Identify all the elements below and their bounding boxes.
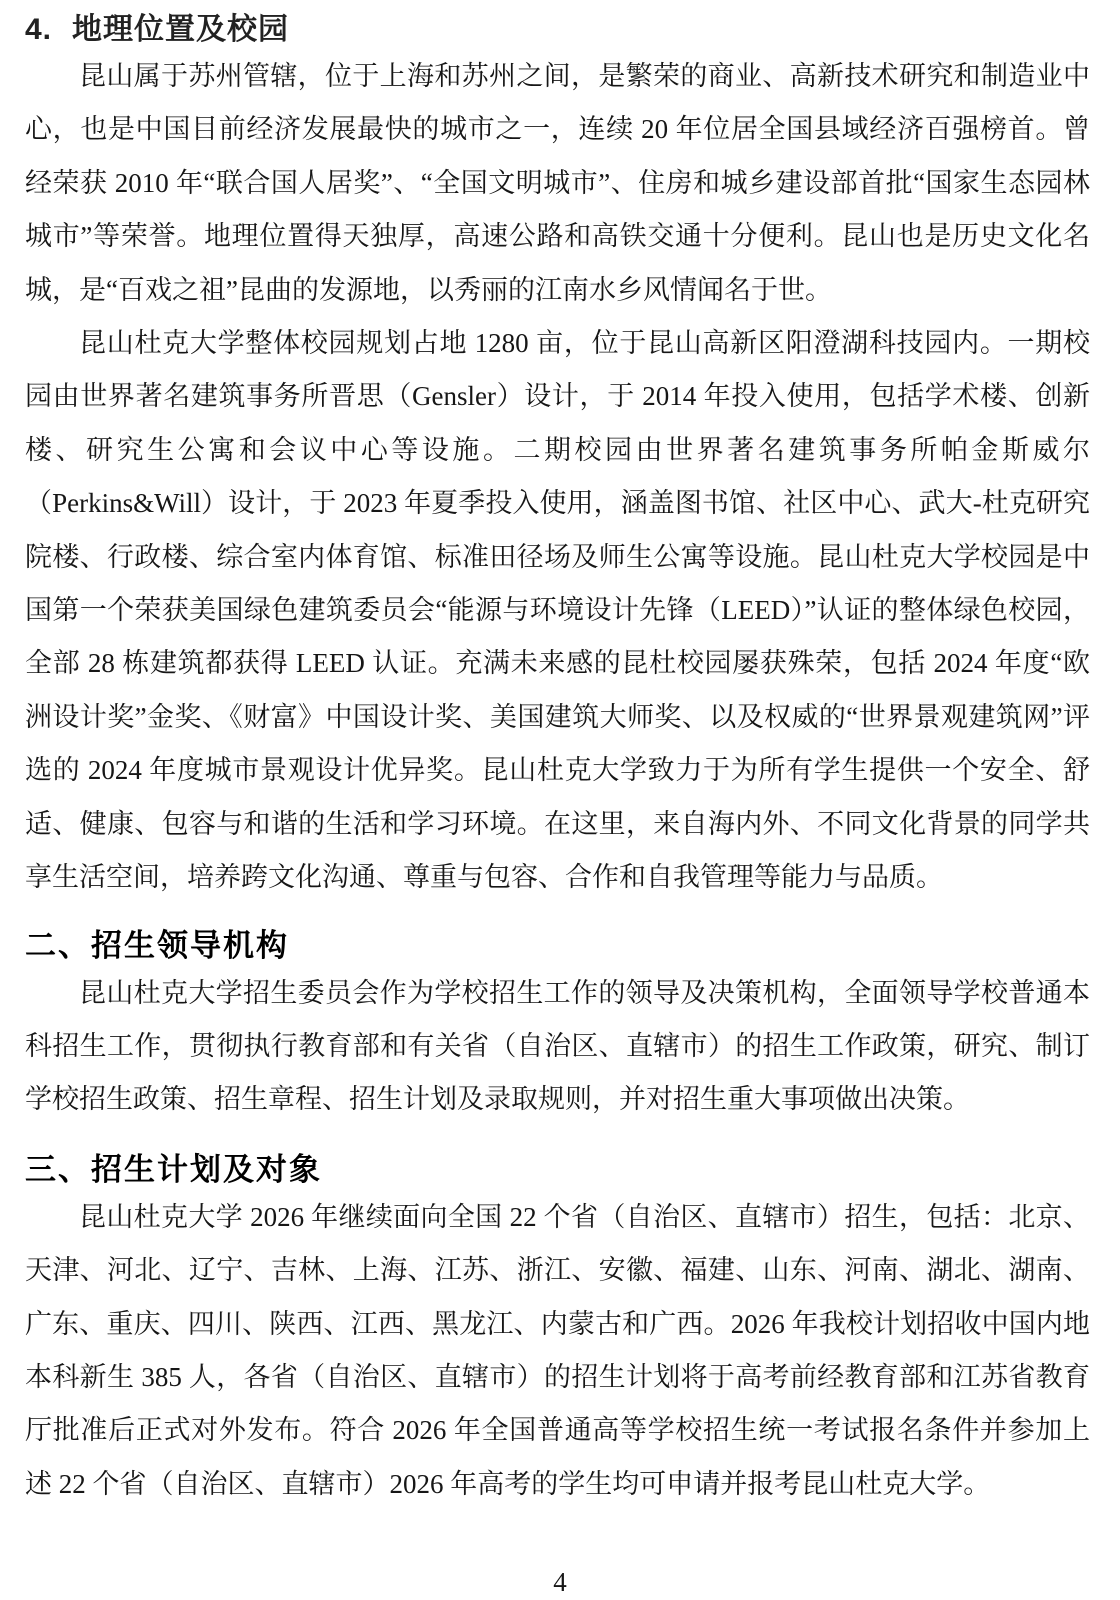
heading-title: 地理位置及校园: [72, 13, 289, 46]
paragraph-admissions-committee: 昆山杜克大学招生委员会作为学校招生工作的领导及决策机构，全面领导学校普通本科招生…: [25, 967, 1090, 1127]
paragraph-kunshan-city-intro: 昆山属于苏州管辖，位于上海和苏州之间，是繁荣的商业、高新技术研究和制造业中心，也…: [25, 50, 1090, 317]
document-page: 4.地理位置及校园 昆山属于苏州管辖，位于上海和苏州之间，是繁荣的商业、高新技术…: [0, 0, 1120, 1600]
section-heading-location-campus: 4.地理位置及校园: [25, 10, 1090, 50]
heading-number: 4.: [25, 10, 72, 50]
page-number: 4: [0, 1564, 1120, 1600]
section-heading-admissions-leadership: 二、招生领导机构: [25, 925, 1090, 967]
paragraph-enrollment-plan: 昆山杜克大学 2026 年继续面向全国 22 个省（自治区、直辖市）招生，包括：…: [25, 1191, 1090, 1511]
section-heading-enrollment-plan: 三、招生计划及对象: [25, 1149, 1090, 1191]
paragraph-campus-description: 昆山杜克大学整体校园规划占地 1280 亩，位于昆山高新区阳澄湖科技园内。一期校…: [25, 317, 1090, 904]
